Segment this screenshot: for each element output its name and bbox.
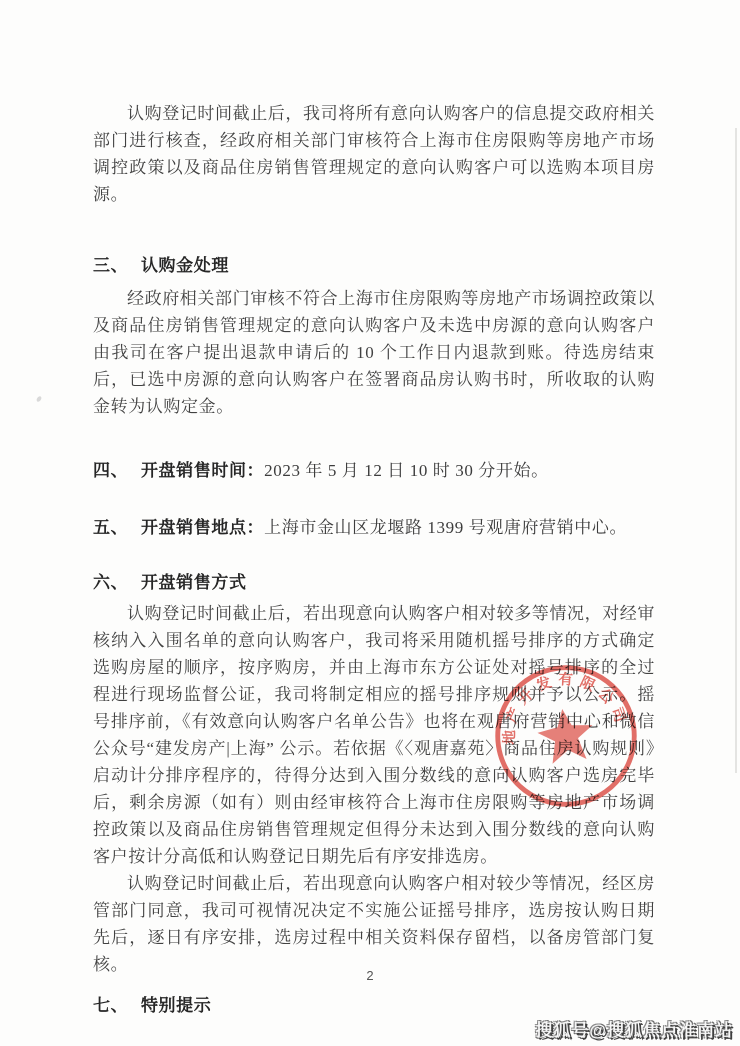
section-7-heading: 七、特别提示 xyxy=(93,992,655,1019)
section-6-paragraph-2: 认购登记时间截止后，若出现意向认购客户相对较少等情况，经区房管部门同意，我司可视… xyxy=(93,870,655,978)
section-4-title: 开盘销售时间： xyxy=(141,461,264,480)
section-4-number: 四、 xyxy=(93,461,128,480)
document-page: 认购登记时间截止后，我司将所有意向认购客户的信息提交政府相关部门进行核查，经政府… xyxy=(0,0,740,1046)
section-6-heading: 六、开盘销售方式 xyxy=(93,569,655,596)
section-4-value: 2023 年 5 月 12 日 10 时 30 分开始。 xyxy=(264,461,549,480)
scan-artifact-speck xyxy=(36,395,43,402)
document-body: 认购登记时间截止后，我司将所有意向认购客户的信息提交政府相关部门进行核查，经政府… xyxy=(93,100,655,1019)
section-6-number: 六、 xyxy=(93,573,128,592)
section-5-number: 五、 xyxy=(93,518,128,537)
section-6-title: 开盘销售方式 xyxy=(141,573,247,592)
section-6-paragraph-1: 认购登记时间截止后，若出现意向认购客户相对较多等情况，对经审核纳入入围名单的意向… xyxy=(93,600,655,870)
section-5-heading: 五、开盘销售地点：上海市金山区龙堰路 1399 号观唐府营销中心。 xyxy=(93,514,655,541)
scan-edge-shadow xyxy=(735,128,737,773)
section-7-title: 特别提示 xyxy=(141,996,211,1015)
section-7-number: 七、 xyxy=(93,996,128,1015)
watermark-text: 搜狐号@搜狐焦点淮南站 xyxy=(535,1016,733,1041)
section-3-paragraph: 经政府相关部门审核不符合上海市住房限购等房地产市场调控政策以及商品住房销售管理规… xyxy=(93,285,655,420)
section-3-number: 三、 xyxy=(93,256,128,275)
intro-paragraph: 认购登记时间截止后，我司将所有意向认购客户的信息提交政府相关部门进行核查，经政府… xyxy=(93,100,655,208)
section-3-heading: 三、认购金处理 xyxy=(93,252,655,279)
page-number: 2 xyxy=(0,968,740,983)
section-4-heading: 四、开盘销售时间：2023 年 5 月 12 日 10 时 30 分开始。 xyxy=(93,457,655,484)
section-3-title: 认购金处理 xyxy=(141,256,229,275)
section-5-value: 上海市金山区龙堰路 1399 号观唐府营销中心。 xyxy=(264,518,627,537)
section-5-title: 开盘销售地点： xyxy=(141,518,264,537)
